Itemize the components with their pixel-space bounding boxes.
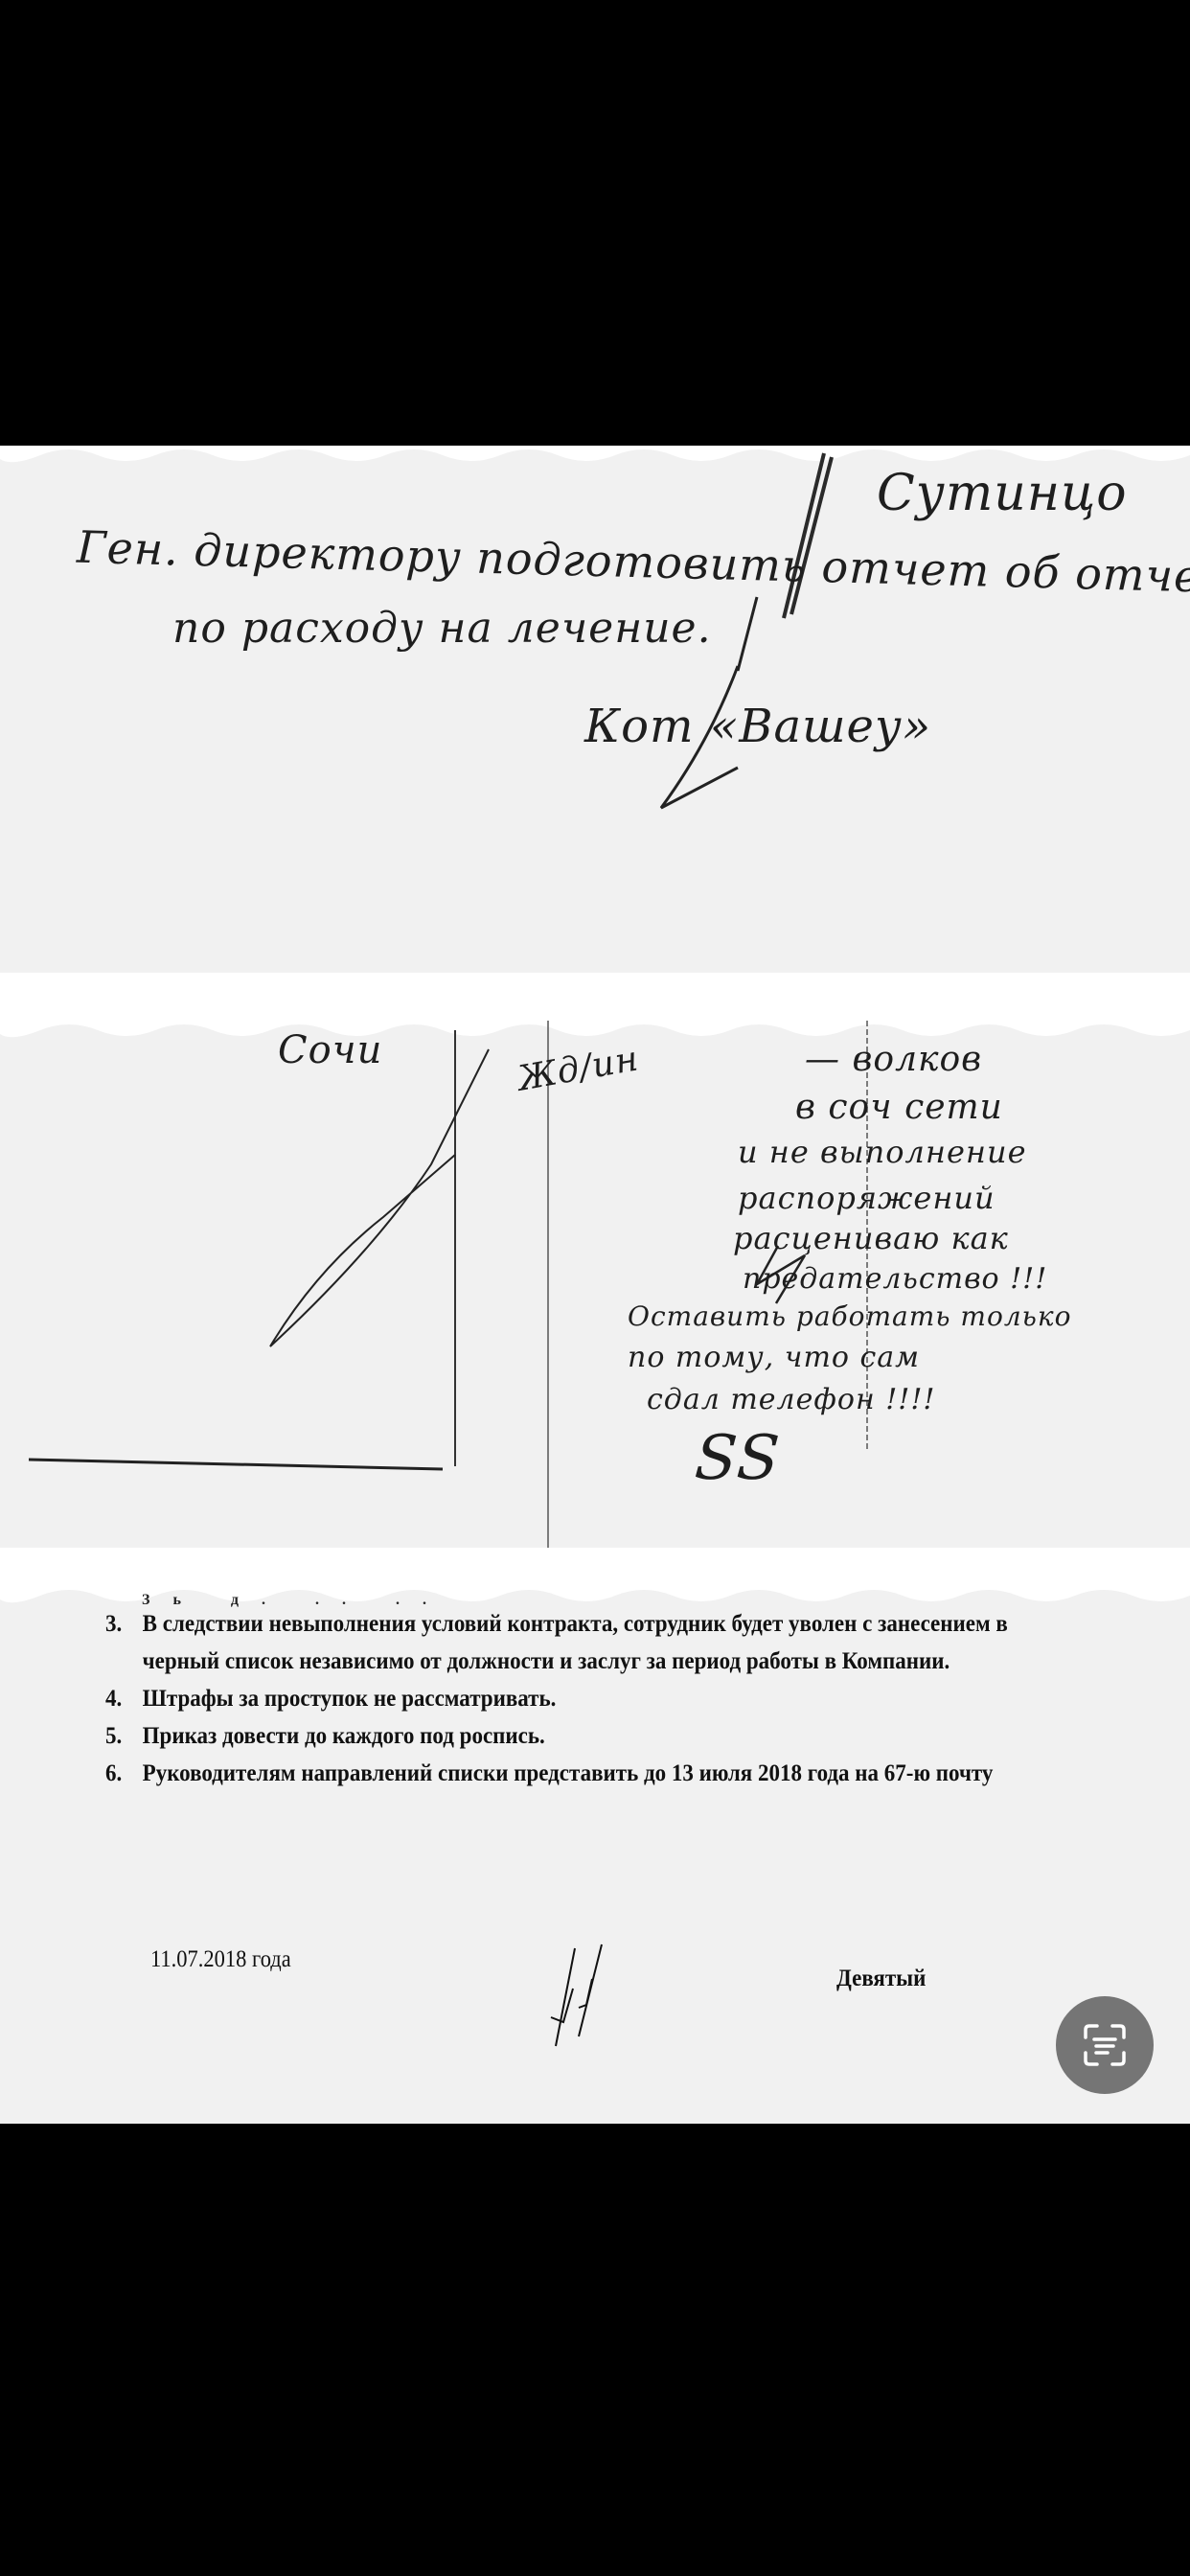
comment-line: распоряжений [738,1180,1190,1220]
comment-line: Оставить работать только [628,1300,1164,1341]
comment-line: сдал телефон !!!! [647,1383,1183,1425]
image-strip-resolution: Сутинцо Ген. директору подготовить отчет… [0,446,1190,973]
image-strip-order: Зь д. .. .. 3. В следствии невыполнения … [0,1586,1190,2124]
order-signer: Девятый [836,1966,926,1992]
comment-left-word: Сочи [278,1028,382,1072]
comment-line: по тому, что сам [628,1341,1164,1383]
text-scan-icon [1078,2018,1132,2072]
order-signature [0,1586,1190,2124]
comment-line: расцениваю как [733,1220,1190,1262]
note-line-addressee: Сутинцо [877,465,1128,522]
comment-line: и не выполнение [738,1134,1190,1180]
separator-gap [0,973,1190,1021]
note-signature: Кот «Вашеу» [584,700,931,753]
comment-lines: — волков в соч сети и не выполнение расп… [623,1040,1159,1425]
separator-gap [0,1548,1190,1586]
comment-line: предательство !!! [743,1262,1190,1300]
comment-line: — волков [805,1040,1190,1088]
text-scan-button[interactable] [1056,1996,1154,2094]
note-line-2: по расходу на лечение. [172,604,712,653]
comment-line: в соч сети [795,1088,1190,1134]
image-strip-comment: Сочи Жд/ин — волков в соч сети и не выпо… [0,1021,1190,1548]
